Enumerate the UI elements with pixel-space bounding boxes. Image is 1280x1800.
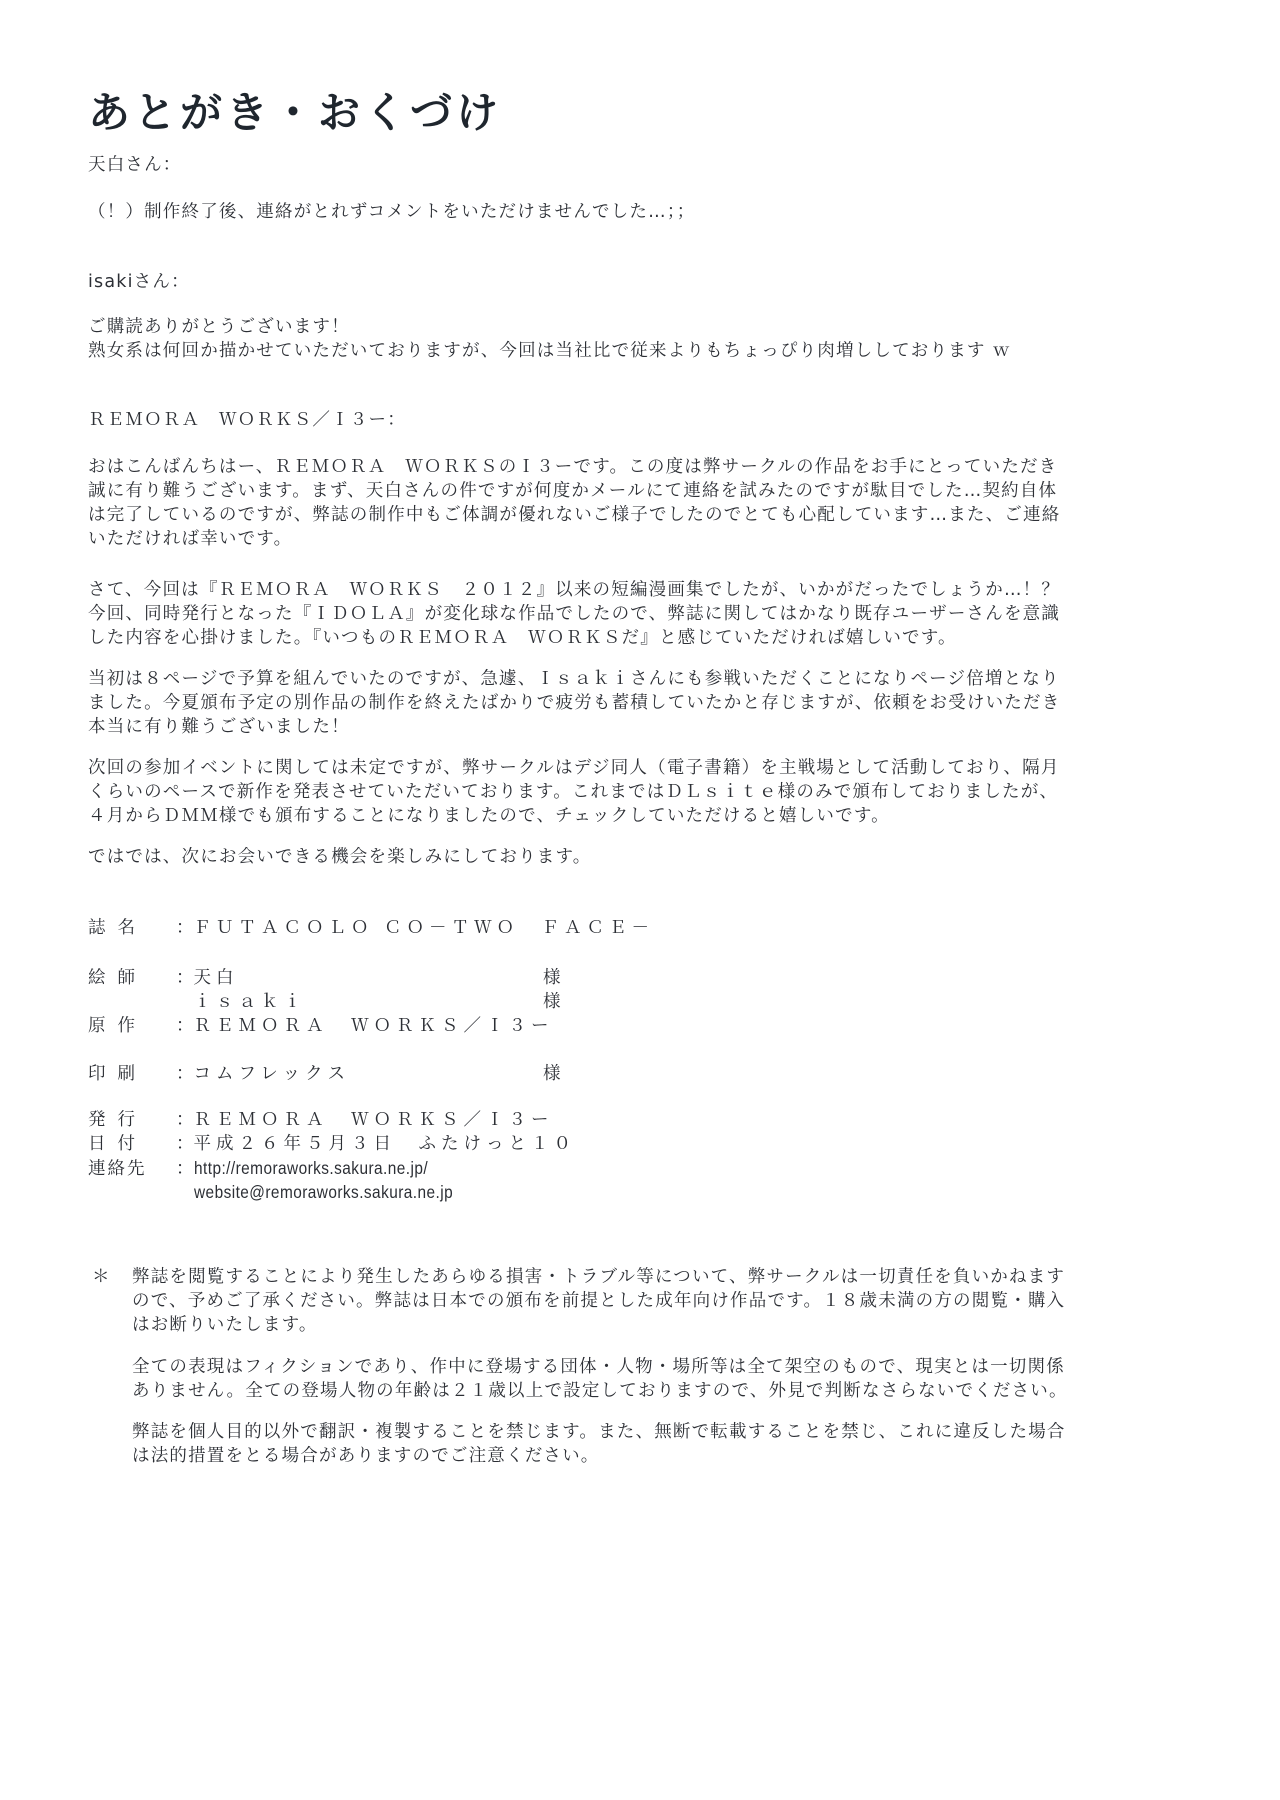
paragraph-line: ４月からＤＭＭ様でも頒布することになりましたので、チェックしていただけると嬉しい…	[88, 804, 1208, 828]
note-line: 全ての表現はフィクションであり、作中に登場する団体・人物・場所等は全て架空のもの…	[132, 1355, 1208, 1379]
paragraph-line: 次回の参加イベントに関しては未定ですが、弊サークルはデジ同人（電子書籍）を主戦場…	[88, 756, 1208, 780]
note-paragraph-2: 全ての表現はフィクションであり、作中に登場する団体・人物・場所等は全て架空のもの…	[132, 1355, 1208, 1403]
colophon-separator: ：	[176, 1110, 194, 1130]
colophon-honorific: 様	[543, 966, 561, 990]
colophon-label: 絵師	[88, 966, 176, 990]
comment-text-isaki-1: ご購読ありがとうございます！	[88, 315, 350, 339]
colophon-value: 天白	[194, 966, 239, 990]
colophon-label: 連絡先	[88, 1157, 176, 1181]
note-line: 弊誌を閲覧することにより発生したあらゆる損害・トラブル等について、弊サークルは一…	[132, 1265, 1208, 1289]
note-paragraph-1: 弊誌を閲覧することにより発生したあらゆる損害・トラブル等について、弊サークルは一…	[132, 1265, 1208, 1337]
colophon-value: 平成２６年５月３日 ふたけっと１０	[194, 1132, 577, 1156]
paragraph-line: 本当に有り難うございました！	[88, 715, 1208, 739]
colophon-original-row: 原作：ＲＥＭＯＲＡ ＷＯＲＫＳ／Ｉ３ー	[88, 1014, 554, 1038]
paragraph-line: さて、今回は『ＲＥＭＯＲＡ ＷＯＲＫＳ ２０１２』以来の短編漫画集でしたが、いか…	[88, 578, 1208, 602]
paragraph-line: 当初は８ページで予算を組んでいたのですが、急遽、Ｉｓａｋｉさんにも参戦いただくこ…	[88, 667, 1208, 691]
colophon-title-row: 誌名：ＦＵＴＡＣＯＬＯ ＣＯ－ＴＷＯ ＦＡＣＥ－	[88, 916, 654, 940]
paragraph-line: いただければ幸いです。	[88, 527, 1208, 551]
colophon-separator: ：	[176, 1134, 194, 1154]
note-line: ありません。全ての登場人物の年齢は２１歳以上で設定しておりますので、外見で判断な…	[132, 1379, 1208, 1403]
remora-paragraph-1: おはこんばんちはー、ＲＥＭＯＲＡ ＷＯＲＫＳのＩ３ーです。この度は弊サークルの作…	[88, 455, 1208, 551]
colophon-separator: ：	[176, 1159, 194, 1179]
comment-author-tenpaku: 天白さん：	[88, 153, 182, 177]
colophon-value: コムフレックス	[194, 1062, 350, 1086]
colophon-separator: ：	[176, 1064, 194, 1084]
paragraph-line: くらいのペースで新作を発表させていただいております。これまではＤＬｓｉｔｅ様のみ…	[88, 780, 1208, 804]
colophon-honorific: 様	[543, 1062, 561, 1086]
colophon-contact-row: 連絡先：http://remoraworks.sakura.ne.jp/	[88, 1156, 459, 1181]
comment-author-isaki: isakiさん：	[88, 270, 190, 294]
paragraph-line: 今回、同時発行となった『ＩＤＯＬＡ』が変化球な作品でしたので、弊誌に関してはかな…	[88, 602, 1208, 626]
paragraph-line: おはこんばんちはー、ＲＥＭＯＲＡ ＷＯＲＫＳのＩ３ーです。この度は弊サークルの作…	[88, 455, 1208, 479]
colophon-honorific: 様	[543, 990, 561, 1014]
colophon-value: ｉｓａｋｉ	[194, 990, 307, 1014]
note-line: 弊誌を個人目的以外で翻訳・複製することを禁じます。また、無断で転載することを禁じ…	[132, 1420, 1208, 1444]
paragraph-line: 誠に有り難うございます。まず、天白さんの件ですが何度かメールにて連絡を試みたので…	[88, 479, 1208, 503]
comment-text-isaki-2: 熟女系は何回か描かせていただいておりますが、今回は当社比で従来よりもちょっぴり肉…	[88, 339, 1011, 363]
colophon-value: ＲＥＭＯＲＡ ＷＯＲＫＳ／Ｉ３ー	[194, 1108, 554, 1132]
colophon-publisher-row: 発行：ＲＥＭＯＲＡ ＷＯＲＫＳ／Ｉ３ー	[88, 1108, 554, 1132]
note-line: ので、予めご了承ください。弊誌は日本での頒布を前提とした成年向け作品です。１８歳…	[132, 1289, 1208, 1313]
paragraph-line: は完了しているのですが、弊誌の制作中もご体調が優れないご様子でしたのでとても心配…	[88, 503, 1208, 527]
note-line: は法的措置をとる場合がありますのでご注意ください。	[132, 1444, 1208, 1468]
paragraph-line: した内容を心掛けました。『いつものＲＥＭＯＲＡ ＷＯＲＫＳだ』と感じていただけれ…	[88, 626, 1208, 650]
colophon-label: 印刷	[88, 1062, 176, 1086]
colophon-value: ＲＥＭＯＲＡ ＷＯＲＫＳ／Ｉ３ー	[194, 1014, 554, 1038]
note-paragraph-3: 弊誌を個人目的以外で翻訳・複製することを禁じます。また、無断で転載することを禁じ…	[132, 1420, 1208, 1468]
remora-paragraph-5: ではでは、次にお会いできる機会を楽しみにしております。	[88, 845, 1208, 869]
remora-paragraph-2: さて、今回は『ＲＥＭＯＲＡ ＷＯＲＫＳ ２０１２』以来の短編漫画集でしたが、いか…	[88, 578, 1208, 650]
colophon-label: 原作	[88, 1014, 176, 1038]
paragraph-line: ました。今夏頒布予定の別作品の制作を終えたばかりで疲労も蓄積していたかと存じます…	[88, 691, 1208, 715]
colophon-artist-row-2: ：ｉｓａｋｉ 様	[88, 990, 306, 1014]
paragraph-line: ではでは、次にお会いできる機会を楽しみにしております。	[88, 845, 1208, 869]
note-line: はお断りいたします。	[132, 1313, 1208, 1337]
page-title: あとがき・おくづけ	[88, 80, 502, 140]
colophon-label: 日付	[88, 1132, 176, 1156]
colophon-artist-row-1: 絵師：天白 様	[88, 966, 239, 990]
contact-url-link[interactable]: http://remoraworks.sakura.ne.jp/	[194, 1156, 428, 1180]
colophon-label: 発行	[88, 1108, 176, 1132]
colophon-printer-row: 印刷：コムフレックス 様	[88, 1062, 350, 1086]
colophon-date-row: 日付：平成２６年５月３日 ふたけっと１０	[88, 1132, 576, 1156]
comment-text-tenpaku: （！）制作終了後、連絡がとれずコメントをいただけませんでした…；；	[88, 200, 695, 224]
contact-email-link[interactable]: website@remoraworks.sakura.ne.jp	[194, 1180, 453, 1204]
colophon-separator: ：	[176, 1016, 194, 1036]
remora-paragraph-4: 次回の参加イベントに関しては未定ですが、弊サークルはデジ同人（電子書籍）を主戦場…	[88, 756, 1208, 828]
comment-author-remora: ＲＥＭＯＲＡ ＷＯＲＫＳ／Ｉ３ー：	[88, 408, 406, 432]
note-asterisk-icon: ＊	[92, 1265, 110, 1289]
colophon-label: 誌名	[88, 916, 176, 940]
colophon-contact-email-row: ：website@remoraworks.sakura.ne.jp	[88, 1180, 488, 1205]
colophon-separator: ：	[176, 968, 194, 988]
remora-paragraph-3: 当初は８ページで予算を組んでいたのですが、急遽、Ｉｓａｋｉさんにも参戦いただくこ…	[88, 667, 1208, 739]
colophon-value: ＦＵＴＡＣＯＬＯ ＣＯ－ＴＷＯ ＦＡＣＥ－	[194, 916, 655, 940]
colophon-separator: ：	[176, 918, 194, 938]
